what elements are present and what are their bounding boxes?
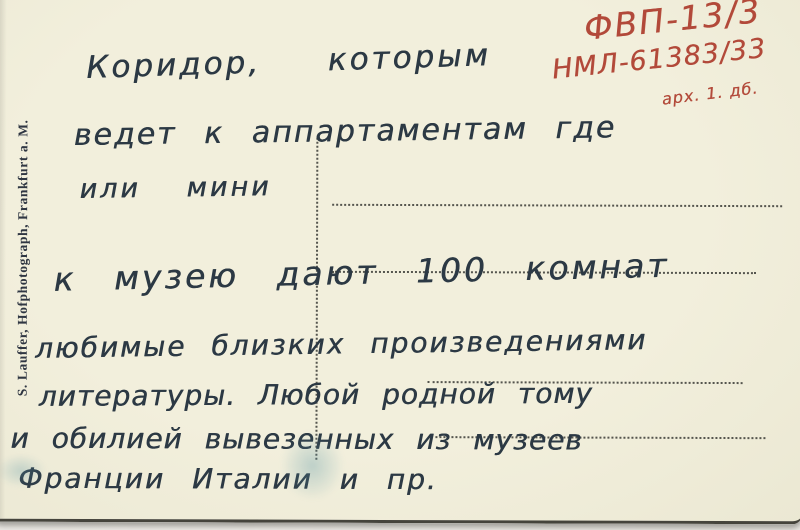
archival-mark-arkh: арх. 1. дб. [661,78,760,108]
handwriting-line-2: ведет к аппартаментам где [73,110,616,153]
handwriting-line-1: Коридор, которым [86,37,492,86]
photographer-credit: S. Lauffer, Hofphotograph, Frankfurt a. … [14,78,31,438]
handwriting-line-6: литературы. Любой родной тому [39,377,593,413]
postcard-divider-line [315,138,318,460]
handwriting-line-8: Франции Италии и пр. [18,462,437,496]
postcard-back: S. Lauffer, Hofphotograph, Frankfurt a. … [0,0,800,524]
address-dotted-line [332,204,782,207]
handwriting-line-3: или мини [79,171,271,205]
handwriting-line-4: к музею дают 100 комнат [53,246,670,299]
archival-mark-nml: НМЛ-61383/33 [551,33,768,86]
handwriting-line-7: и обилией вывезенных из музеев [10,422,582,457]
scanner-background: S. Lauffer, Hofphotograph, Frankfurt a. … [0,0,800,530]
handwriting-line-5: любимые близких произведениями [35,323,648,365]
